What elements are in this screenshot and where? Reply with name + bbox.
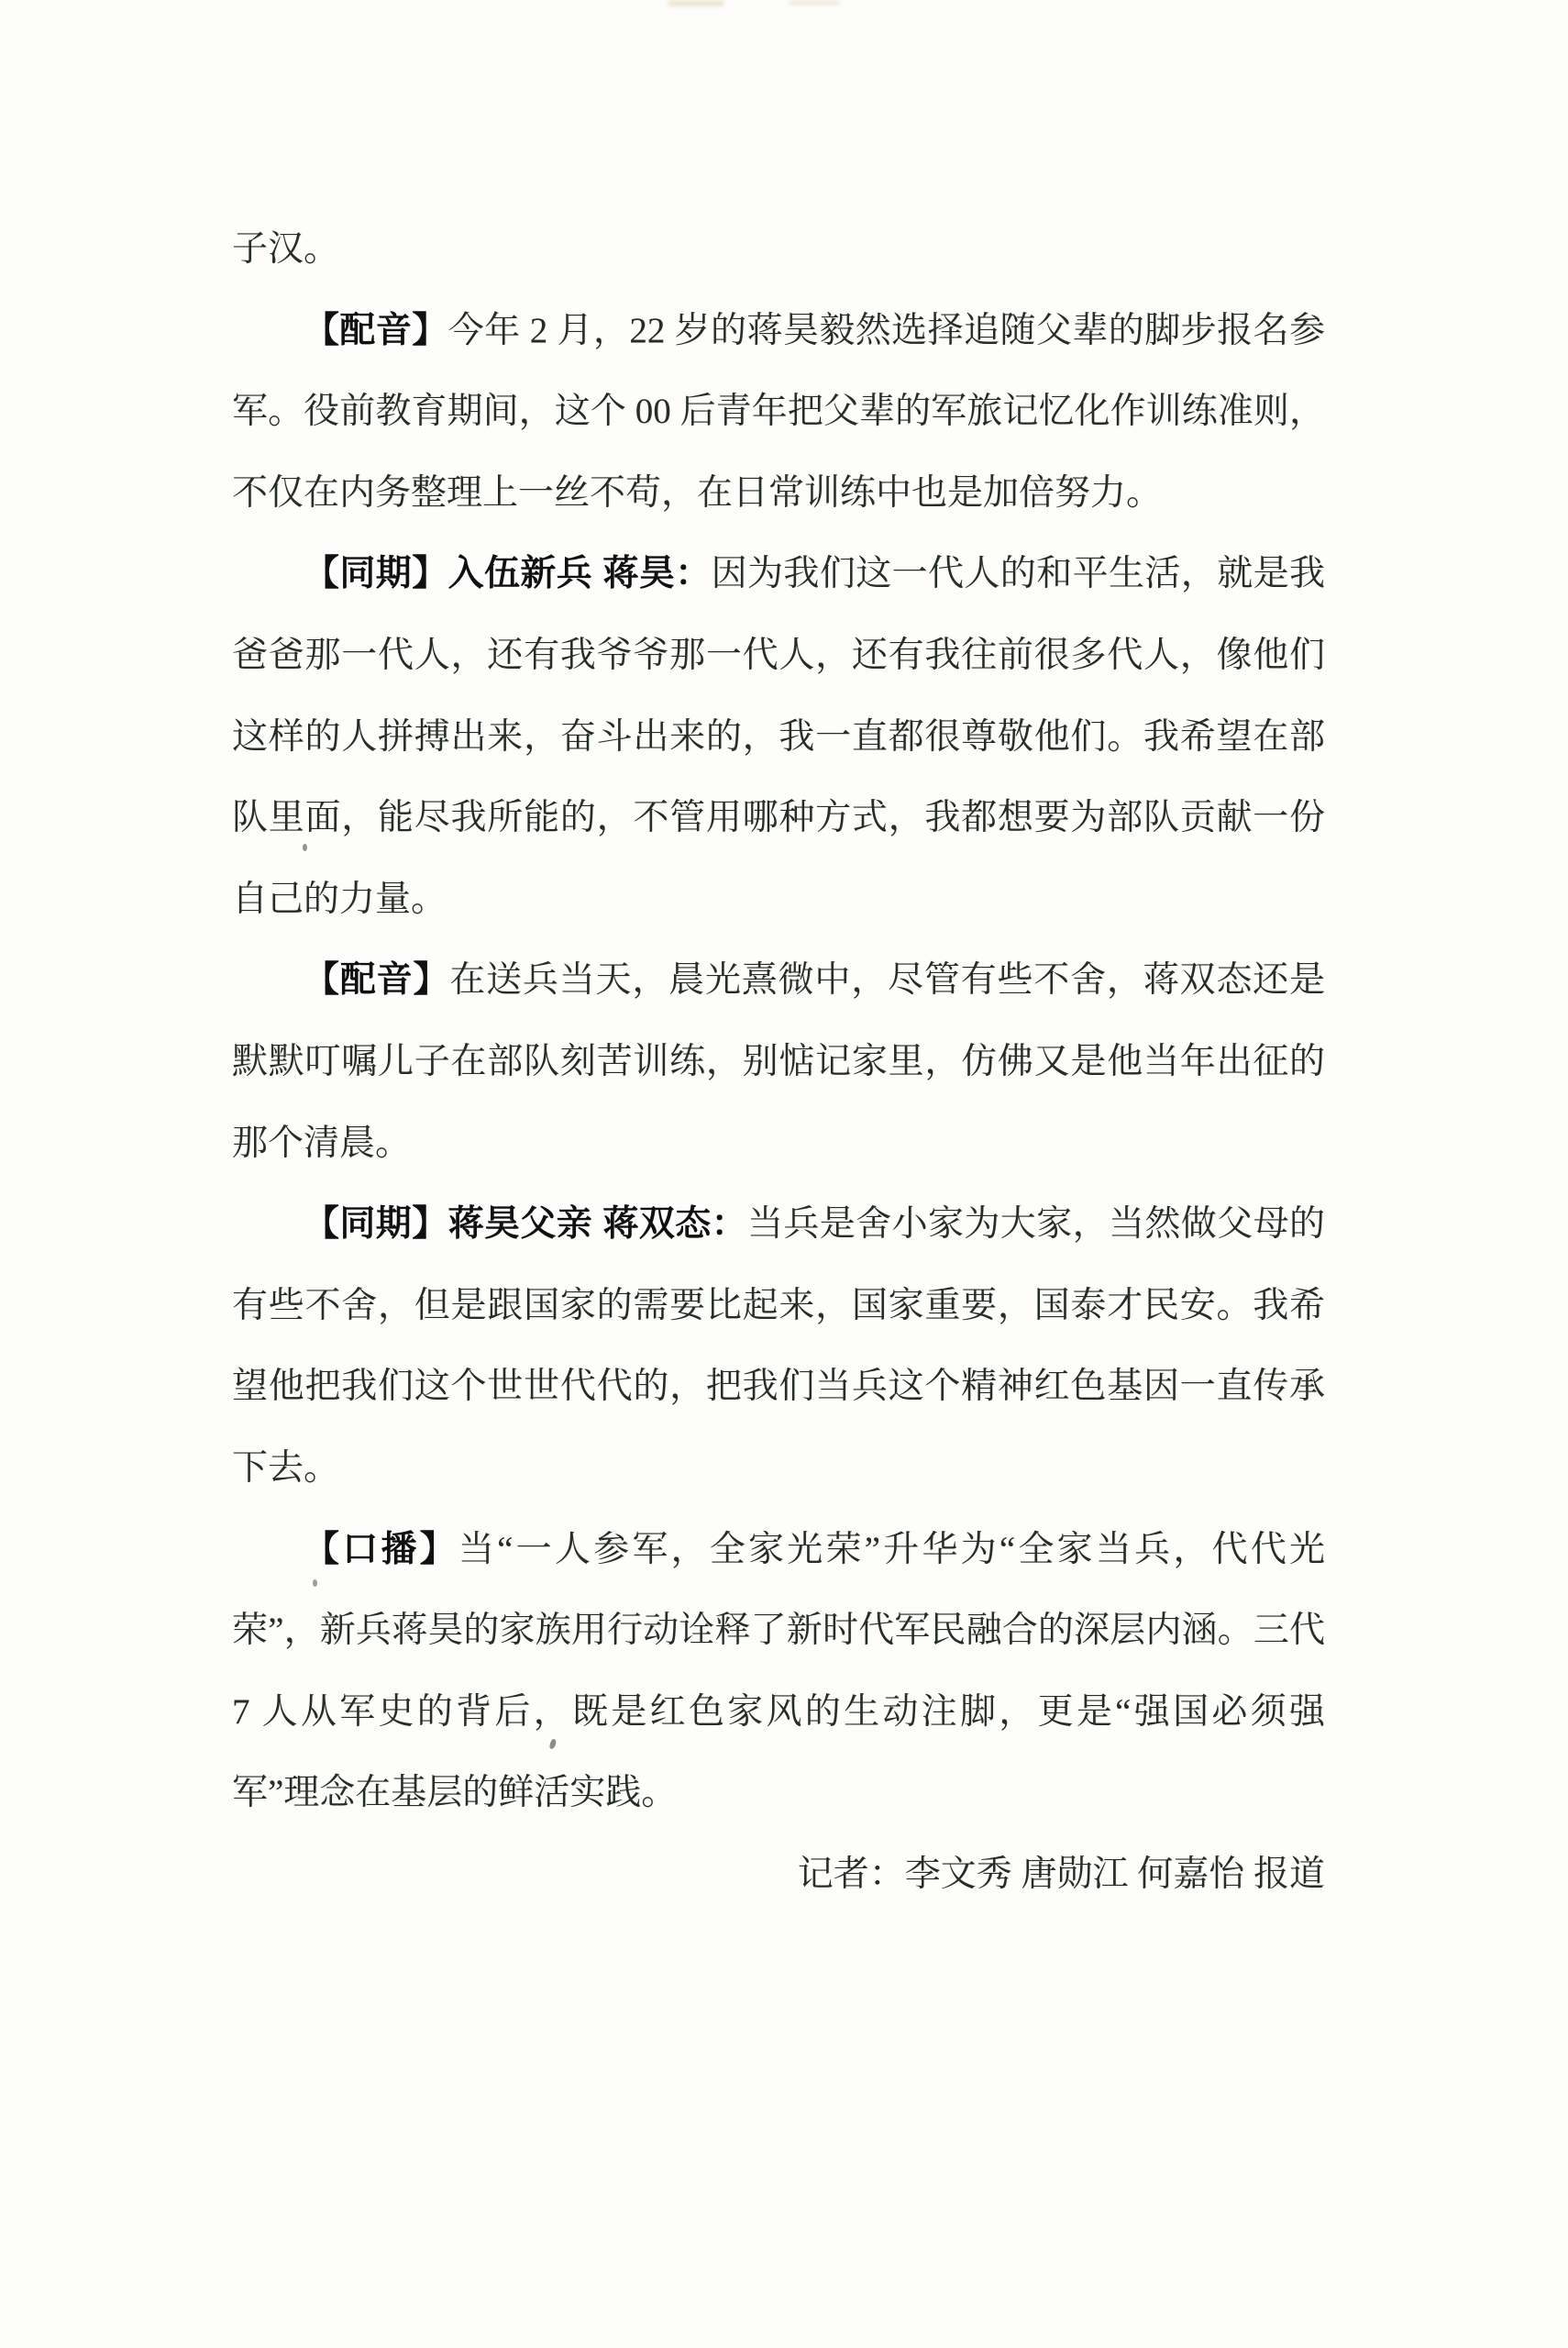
paragraph-text: 子汉。 [232, 229, 339, 269]
scanned-document-page: 子汉。【配音】今年 2 月，22 岁的蒋昊毅然选择追随父辈的脚步报名参军。役前教… [0, 0, 1568, 2348]
sync-quote-jianghao: 【同期】入伍新兵 蒋昊：因为我们这一代人的和平生活，就是我爸爸那一代人，还有我爷… [232, 534, 1325, 940]
paragraph-text: 记者：李文秀 唐勋江 何嘉怡 报道 [798, 1855, 1325, 1894]
cue-label: 【配音】 [304, 960, 449, 1000]
scan-smudge-top-left [668, 0, 724, 6]
scan-smudge-top-right [789, 0, 840, 6]
sync-quote-jiangshuangtai: 【同期】蒋昊父亲 蒋双态：当兵是舍小家为大家，当然做父母的有些不舍，但是跟国家的… [232, 1184, 1325, 1509]
cue-label: 【配音】 [304, 311, 448, 350]
reporter-byline: 记者：李文秀 唐勋江 何嘉怡 报道 [232, 1834, 1325, 1916]
cue-label: 【同期】入伍新兵 蒋昊： [304, 554, 712, 593]
cue-label: 【同期】蒋昊父亲 蒋双态： [304, 1204, 747, 1244]
paragraph-text: 因为我们这一代人的和平生活，就是我爸爸那一代人，还有我爷爷那一代人，还有我往前很… [232, 554, 1325, 918]
document-text: 子汉。【配音】今年 2 月，22 岁的蒋昊毅然选择追随父辈的脚步报名参军。役前教… [232, 209, 1325, 1915]
anchor-script-paragraph: 【口播】当“一人参军，全家光荣”升华为“全家当兵，代代光荣”，新兵蒋昊的家族用行… [232, 1510, 1325, 1834]
cue-label: 【口播】 [304, 1530, 458, 1569]
voiceover-paragraph-1: 【配音】今年 2 月，22 岁的蒋昊毅然选择追随父辈的脚步报名参军。役前教育期间… [232, 291, 1325, 535]
voiceover-paragraph-2: 【配音】在送兵当天，晨光熹微中，尽管有些不舍，蒋双态还是默默叮嘱儿子在部队刻苦训… [232, 940, 1325, 1184]
paragraph-text: 当“一人参军，全家光荣”升华为“全家当兵，代代光荣”，新兵蒋昊的家族用行动诠释了… [232, 1530, 1325, 1813]
tail-paragraph: 子汉。 [232, 209, 1325, 291]
paragraph-text: 当兵是舍小家为大家，当然做父母的有些不舍，但是跟国家的需要比起来，国家重要，国泰… [232, 1204, 1325, 1488]
